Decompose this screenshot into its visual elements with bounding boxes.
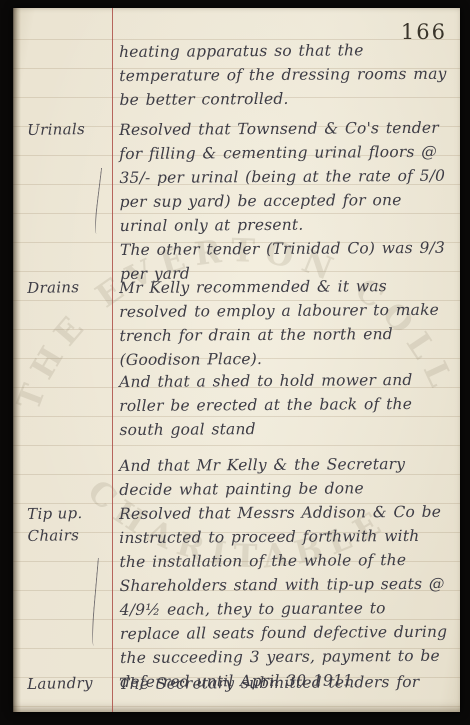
minute-paragraph: Resolved that Messrs Addison & Co be ins…: [119, 500, 452, 694]
minute-entry-tip-up-chairs: Tip up. Chairs Resolved that Messrs Addi…: [27, 502, 452, 694]
page-binding-edge: [13, 8, 21, 712]
minute-paragraph: Resolved that Townsend & Co's tender for…: [119, 116, 452, 238]
minute-paragraph: The Secretary submitted tenders for: [119, 670, 451, 696]
margin-heading: [27, 453, 115, 455]
minute-paragraph: Mr Kelly recommended & it was resolved t…: [119, 274, 452, 372]
minute-entry-shed: And that a shed to hold mower and roller…: [27, 370, 452, 442]
minute-paragraph: heating apparatus so that the temperatur…: [119, 38, 451, 112]
minute-entry-drains: Drains Mr Kelly recommended & it was res…: [27, 276, 452, 372]
margin-heading: [27, 369, 115, 371]
minute-paragraph: And that Mr Kelly & the Secretary decide…: [119, 452, 451, 502]
minute-book-page: THE EVERTON COLLECTION CHARITABLE TRUST …: [13, 8, 460, 712]
minute-entry-continuation: heating apparatus so that the temperatur…: [27, 40, 452, 112]
margin-heading: Tip up. Chairs: [27, 501, 116, 547]
margin-heading: Laundry: [27, 671, 115, 695]
margin-heading: Drains: [27, 275, 115, 299]
minute-entry-laundry: Laundry The Secretary submitted tenders …: [27, 672, 452, 696]
minute-entry-painting: And that Mr Kelly & the Secretary decide…: [27, 454, 452, 502]
minute-entry-urinals: Urinals Resolved that Townsend & Co's te…: [27, 118, 452, 286]
margin-heading: [27, 39, 115, 41]
minute-paragraph: And that a shed to hold mower and roller…: [119, 368, 451, 442]
margin-heading: Urinals: [27, 117, 115, 141]
